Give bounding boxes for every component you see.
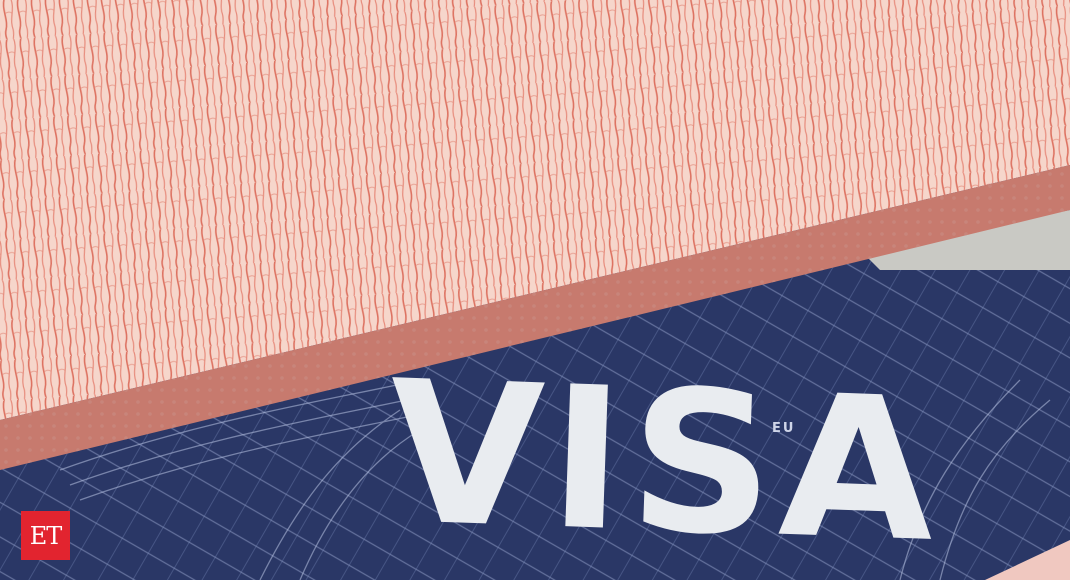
visa-lettering: VISA <box>385 355 944 570</box>
brand-logo-icon: ET <box>21 511 70 560</box>
photo-scene: VISA EU ET <box>0 0 1070 580</box>
eu-microtext: EU <box>772 421 795 436</box>
brand-logo-text: ET <box>30 522 62 550</box>
